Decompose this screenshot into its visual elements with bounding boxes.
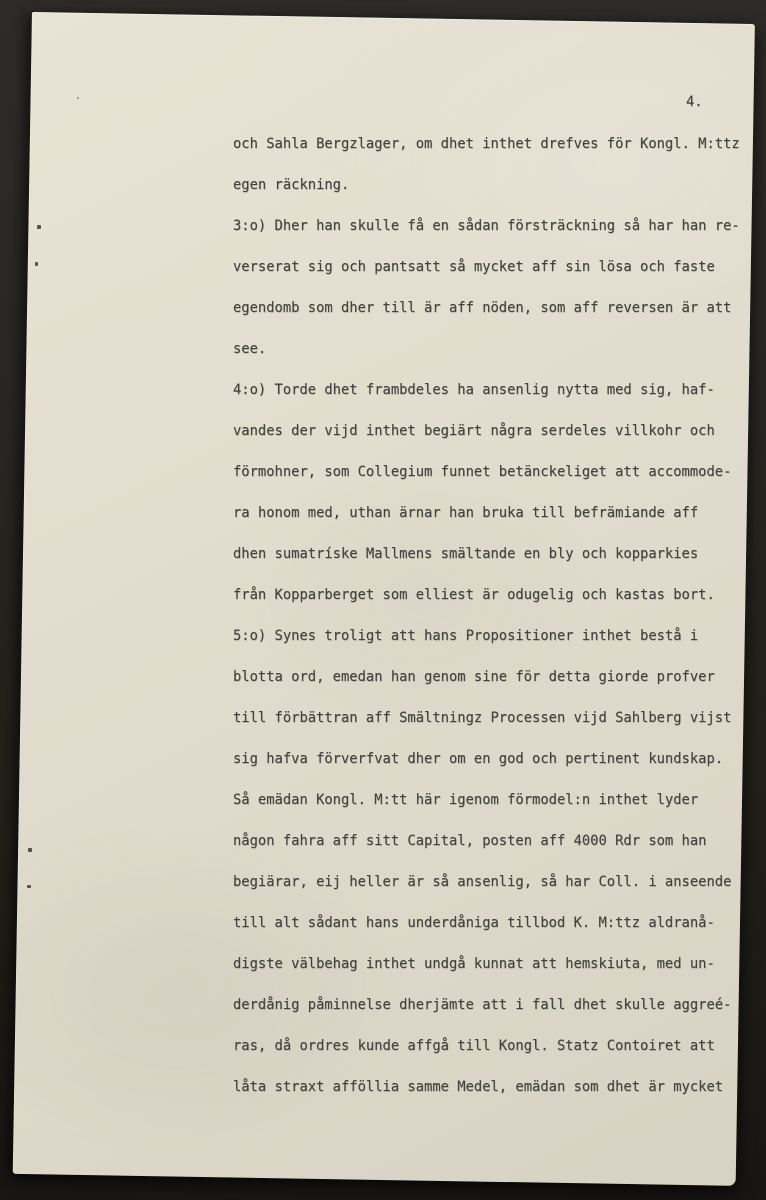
text-line: låta straxt afföllia samme Medel, emädan… (233, 1067, 758, 1108)
text-line: 5:o) Synes troligt att hans Propositione… (233, 616, 758, 657)
text-line: blotta ord, emedan han genom sine för de… (233, 657, 758, 698)
text-line: see. (233, 329, 758, 370)
text-line: 4:o) Torde dhet frambdeles ha ansenlig n… (233, 370, 758, 411)
text-line: ras, då ordres kunde affgå till Kongl. S… (233, 1026, 758, 1067)
text-line: verserat sig och pantsatt så mycket aff … (233, 247, 758, 288)
document-body: och Sahla Bergzlager, om dhet inthet dre… (233, 124, 758, 1108)
text-line: dhen sumatríske Mallmens smältande en bl… (233, 534, 758, 575)
page-number: 4. (686, 92, 703, 112)
text-line: digste välbehag inthet undgå kunnat att … (233, 944, 758, 985)
text-line: begiärar, eij heller är så ansenlig, så … (233, 862, 758, 903)
text-line: någon fahra aff sitt Capital, posten aff… (233, 821, 758, 862)
text-line: sig hafva förverfvat dher om en god och … (233, 739, 758, 780)
text-line: ra honom med, uthan ärnar han bruka till… (233, 493, 758, 534)
text-line: och Sahla Bergzlager, om dhet inthet dre… (233, 124, 758, 165)
typewritten-text-layer: 4. och Sahla Bergzlager, om dhet inthet … (0, 0, 766, 1200)
text-line: Så emädan Kongl. M:tt här igenom förmode… (233, 780, 758, 821)
text-line: förmohner, som Collegium funnet betäncke… (233, 452, 758, 493)
scanned-document-view: 4. och Sahla Bergzlager, om dhet inthet … (0, 0, 766, 1200)
text-line: till alt sådant hans underdåniga tillbod… (233, 903, 758, 944)
text-line: 3:o) Dher han skulle få en sådan försträ… (233, 206, 758, 247)
text-line: egen räckning. (233, 165, 758, 206)
text-line: derdånig påminnelse dherjämte att i fall… (233, 985, 758, 1026)
text-line: från Kopparberget som elliest är odugeli… (233, 575, 758, 616)
text-line: till förbättran aff Smältningz Processen… (233, 698, 758, 739)
text-line: vandes der vijd inthet begiärt några ser… (233, 411, 758, 452)
text-line: egendomb som dher till är aff nöden, som… (233, 288, 758, 329)
